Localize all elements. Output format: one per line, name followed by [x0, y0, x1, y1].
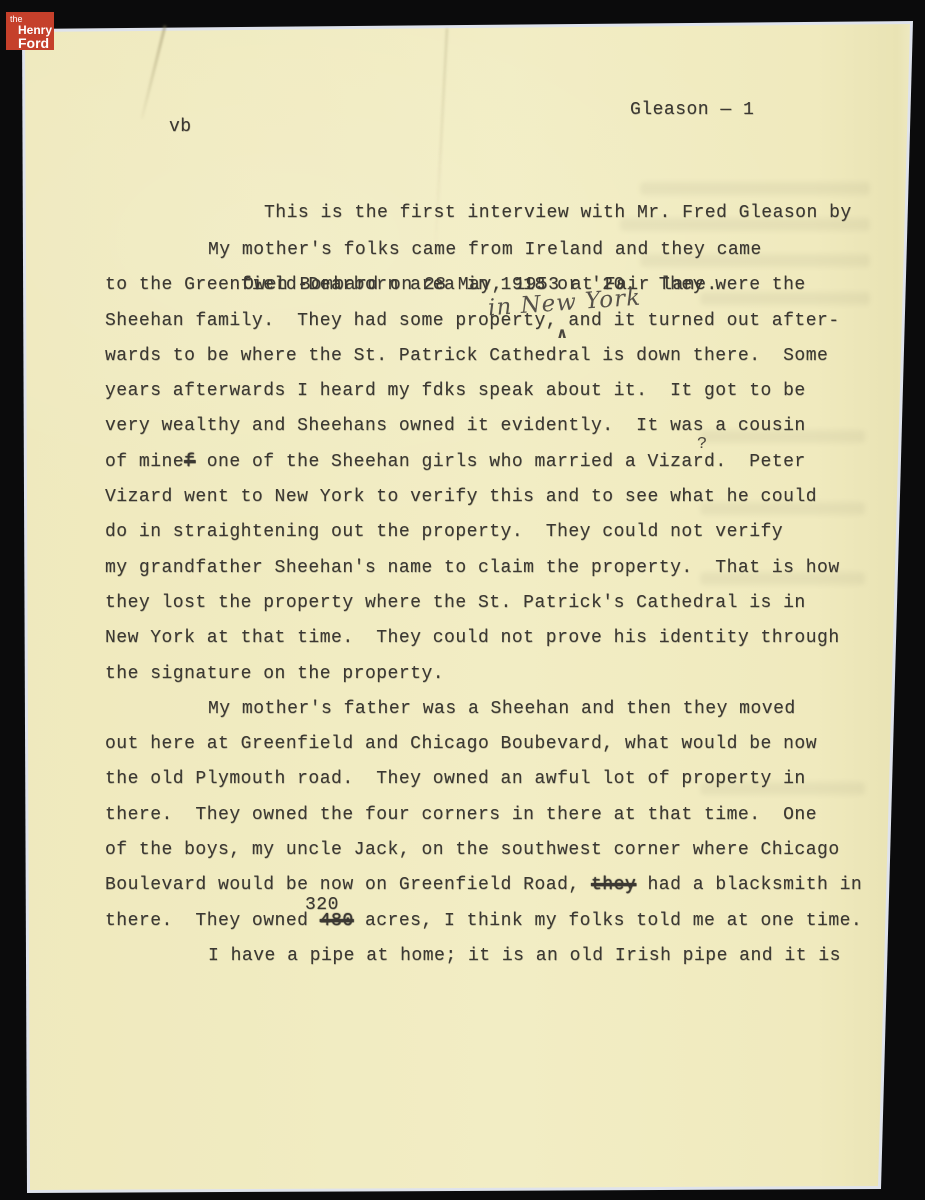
transcript-line: of the boys, my uncle Jack, on the south… [105, 840, 862, 875]
transcript-line: there. They owned the four corners in th… [105, 805, 862, 840]
struck-text: they [591, 875, 636, 895]
intro-line: This is the first interview with Mr. Fre… [243, 201, 852, 225]
transcript-line: very wealthy and Sheehans owned it evide… [105, 416, 862, 451]
line-text: had a blacksmith in [636, 875, 862, 895]
line-text: wards to be where the St. Patrick Cathed… [105, 346, 828, 366]
line-text: Boulevard would be now on Greenfield Roa… [105, 875, 591, 895]
line-text: My mother's folks came from Ireland and … [208, 240, 762, 260]
line-text: acres, I think my folks told me at one t… [354, 911, 863, 931]
line-text: they lost the property where the St. Pat… [105, 593, 806, 613]
line-text: I have a pipe at home; it is an old Iris… [208, 946, 841, 966]
line-text: very wealthy and Sheehans owned it evide… [105, 416, 806, 436]
transcript-line: my grandfather Sheehan's name to claim t… [105, 558, 862, 593]
transcript-line: the signature on the property. [105, 664, 862, 699]
transcript-line: Boulevard would be now on Greenfield Roa… [105, 875, 862, 910]
line-text: the signature on the property. [105, 664, 444, 684]
caret-mark: ∧ [556, 324, 568, 342]
line-text: do in straightening out the property. Th… [105, 522, 783, 542]
transcript-line: they lost the property where the St. Pat… [105, 593, 862, 628]
transcript-line: years afterwards I heard my fdks speak a… [105, 381, 862, 416]
transcript-line: the old Plymouth road. They owned an awf… [105, 769, 862, 804]
transcript-line: New York at that time. They could not pr… [105, 628, 862, 663]
line-text: there. They owned the four corners in th… [105, 805, 817, 825]
handwritten-question-mark: ? [697, 435, 707, 454]
transcript-line: Vizard went to New York to verify this a… [105, 487, 862, 522]
transcript-line: My mother's folks came from Ireland and … [105, 240, 862, 275]
line-text: Sheehan family. They had some property, … [105, 311, 840, 331]
line-text: Vizard went to New York to verify this a… [105, 487, 817, 507]
transcript-line: wards to be where the St. Patrick Cathed… [105, 346, 862, 381]
transcript-line: of minef one of the Sheehan girls who ma… [105, 452, 862, 487]
line-text: My mother's father was a Sheehan and the… [208, 699, 796, 719]
transcript-line: to the Greenfield-Dearborn area in 1918 … [105, 275, 862, 310]
line-text: of mine [105, 452, 184, 472]
logo-text: Ford [18, 36, 54, 50]
line-text: to the Greenfield-Dearborn area in 1918 … [105, 275, 806, 295]
transcript-line: My mother's father was a Sheehan and the… [105, 699, 862, 734]
line-text: my grandfather Sheehan's name to claim t… [105, 558, 840, 578]
scanned-document-page: the Henry Ford Gleason — 1 vb This is th… [0, 0, 925, 1200]
line-text: there. They owned [105, 911, 320, 931]
struck-text: f [184, 452, 195, 472]
transcript-line: I have a pipe at home; it is an old Iris… [105, 946, 862, 981]
typed-correction: 320 [305, 895, 339, 915]
page-header: Gleason — 1 [630, 100, 754, 120]
transcript-line: Sheehan family. They had some property, … [105, 311, 862, 346]
line-text: years afterwards I heard my fdks speak a… [105, 381, 806, 401]
line-text: the old Plymouth road. They owned an awf… [105, 769, 806, 789]
line-text: of the boys, my uncle Jack, on the south… [105, 840, 840, 860]
line-text: one of the Sheehan girls who married a V… [195, 452, 805, 472]
transcript-line: do in straightening out the property. Th… [105, 522, 862, 557]
transcript-line: there. They owned 480 acres, I think my … [105, 911, 862, 946]
henry-ford-logo: the Henry Ford [6, 12, 54, 50]
line-text: out here at Greenfield and Chicago Boube… [105, 734, 817, 754]
transcript-line: out here at Greenfield and Chicago Boube… [105, 734, 862, 769]
typist-initials: vb [169, 117, 192, 137]
line-text: New York at that time. They could not pr… [105, 628, 840, 648]
transcript-body: My mother's folks came from Ireland and … [105, 240, 862, 981]
